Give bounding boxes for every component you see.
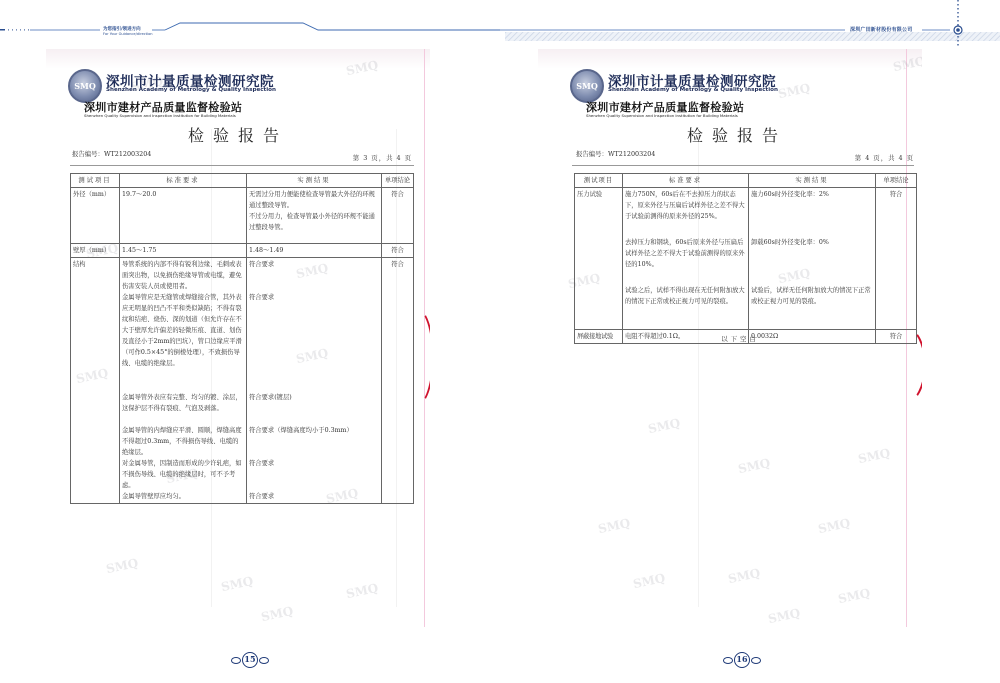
report-page-4: SMQ SMQ SMQ SMQ SMQ SMQ SMQ SMQ SMQ SMQ …	[538, 49, 922, 627]
conclusion: 符合	[382, 188, 414, 244]
smq-logo: SMQ	[68, 69, 102, 103]
requirement: 施力750N，60s后在不去掉压力的状态下，原来外径与压扁后试样外径之差不得大于…	[623, 188, 749, 330]
result-text: 符合要求(镀层)	[249, 392, 379, 425]
ornament-icon	[259, 657, 269, 664]
smq-logo: SMQ	[570, 69, 604, 103]
result: 1.48～1.49	[247, 244, 382, 258]
conclusion: 符合	[876, 188, 917, 330]
col-header-item: 测试项目	[71, 174, 120, 188]
watermark: SMQ	[345, 581, 380, 601]
result-text: 符合要求	[249, 491, 379, 502]
official-seal-partial	[398, 307, 430, 407]
requirement-text: 金属导管应是无缝管或焊缝接合管，其外表应无明显的凹凸不平和类似缺陷；不得有裂纹和…	[122, 292, 244, 392]
requirement-text: 金属导管壁厚应均匀。	[122, 491, 244, 502]
report-title: 检验报告	[552, 123, 922, 146]
header-band: 为您指引/领进方向 For Your Guidance/direction 深圳…	[0, 0, 1000, 48]
watermark: SMQ	[632, 571, 667, 591]
result-text: 符合要求	[249, 458, 379, 491]
official-seal-partial	[884, 326, 922, 404]
watermark: SMQ	[220, 574, 255, 594]
table-header-row: 测试项目 标准要求 实测结果 单项结论	[71, 174, 414, 188]
requirement-text: 金属导管的内焊缝应平滑、圆顺，焊缝高度不得超过0.3mm，不得损伤导线、电缆的绝…	[122, 425, 244, 458]
page-number: 16	[734, 652, 750, 668]
page-indicator: 第 3 页，共 4 页	[353, 153, 412, 162]
result-text: 符合要求	[249, 259, 379, 292]
result-text: 施力60s时外径变化率：2%	[751, 189, 873, 237]
result: 符合要求 符合要求 符合要求(镀层) 符合要求（焊缝高度均小于0.3mm） 符合…	[247, 258, 382, 504]
test-item: 压力试验	[575, 188, 623, 330]
watermark: SMQ	[727, 566, 762, 586]
table-header-row: 测试项目 标准要求 实测结果 单项结论	[575, 174, 917, 188]
test-item: 壁厚（mm）	[71, 244, 120, 258]
requirement-text: 试验之后，试样不得出现在无任何附加放大的情况下正常或校正视力可见的裂痕。	[625, 285, 746, 307]
station-name-en: Shenzhen Quality Supervision and Inspect…	[586, 113, 738, 118]
table-row: 结构 导管系统的内部不得有锐利边缘、毛刺或表面突出物，以免损伤绝缘导管或电缆，避…	[71, 258, 414, 504]
watermark: SMQ	[777, 81, 812, 101]
page-number-badge-15: 15	[220, 648, 280, 674]
col-header-result: 实测结果	[749, 174, 876, 188]
requirement-text: 施力750N，60s后在不去掉压力的状态下，原来外径与压扁后试样外径之差不得大于…	[625, 189, 746, 237]
header-rule	[572, 165, 914, 166]
col-header-requirement: 标准要求	[120, 174, 247, 188]
conclusion: 符合	[382, 244, 414, 258]
requirement: 19.7～20.0	[120, 188, 247, 244]
below-blank-note: 以下空白	[558, 334, 922, 343]
watermark: SMQ	[105, 556, 140, 576]
institute-name-en: Shenzhen Academy of Metrology & Quality …	[106, 87, 276, 93]
header-decoration	[0, 0, 1000, 48]
ornament-icon	[231, 657, 241, 664]
inspection-table: 测试项目 标准要求 实测结果 单项结论 压力试验 施力750N，60s后在不去掉…	[574, 173, 917, 344]
result-text: 无需过分用力便能使检查导管最大外径的环规通过整段导管。	[249, 189, 379, 211]
requirement-text: 金属导管外表应有完整、均匀的镀、涂层，这保护层不得有裂痕、气泡及剥落。	[122, 392, 244, 425]
watermark: SMQ	[597, 516, 632, 536]
table-row: 压力试验 施力750N，60s后在不去掉压力的状态下，原来外径与压扁后试样外径之…	[575, 188, 917, 330]
result: 施力60s时外径变化率：2% 卸载60s时外径变化率：0% 试验后，试样无任何附…	[749, 188, 876, 330]
col-header-conclusion: 单项结论	[876, 174, 917, 188]
page-number: 15	[242, 652, 258, 668]
institute-name-en: Shenzhen Academy of Metrology & Quality …	[608, 87, 778, 93]
requirement: 1.45～1.75	[120, 244, 247, 258]
requirement-text: 对金属导管，因制造而形成的少许轧疤，如不损伤导线、电缆的绝缘层时，可不予考虑。	[122, 458, 244, 491]
company-name: 深圳广田新材股份有限公司	[850, 26, 912, 33]
result-text: 卸载60s时外径变化率：0%	[751, 237, 873, 285]
result: 无需过分用力便能使检查导管最大外径的环规通过整段导管。 不过分用力，检查导管最小…	[247, 188, 382, 244]
header-rule	[70, 165, 414, 166]
logo-text: SMQ	[70, 81, 100, 91]
table-row: 壁厚（mm） 1.45～1.75 1.48～1.49 符合	[71, 244, 414, 258]
watermark: SMQ	[260, 604, 295, 624]
guide-slogan-en: For Your Guidance/direction	[103, 32, 153, 36]
requirement-text: 导管系统的内部不得有锐利边缘、毛刺或表面突出物，以免损伤绝缘导管或电缆，避免伤害…	[122, 259, 244, 292]
result-text: 符合要求（焊缝高度均小于0.3mm）	[249, 425, 379, 458]
watermark: SMQ	[767, 606, 802, 626]
result-text: 不过分用力，检查导管最小外径的环规不能通过整段导管。	[249, 211, 379, 233]
watermark: SMQ	[817, 516, 852, 536]
watermark: SMQ	[647, 416, 682, 436]
test-item: 结构	[71, 258, 120, 504]
col-header-requirement: 标准要求	[623, 174, 749, 188]
page-number-badge-16: 16	[712, 648, 772, 674]
result-text: 符合要求	[249, 292, 379, 392]
ornament-icon	[751, 657, 761, 664]
requirement-text: 去掉压力和钢块，60s后原来外径与压扁后试样外径之差不得大于试验前测得的原来外径…	[625, 237, 746, 285]
test-item: 外径（mm）	[71, 188, 120, 244]
col-header-result: 实测结果	[247, 174, 382, 188]
ornament-icon	[723, 657, 733, 664]
report-title: 检验报告	[46, 123, 430, 146]
col-header-item: 测试项目	[575, 174, 623, 188]
scan-shadow	[538, 49, 922, 69]
result-text: 试验后，试样无任何附加放大的情况下正常或校正视力可见的裂痕。	[751, 285, 873, 307]
logo-text: SMQ	[572, 81, 602, 91]
table-row: 外径（mm） 19.7～20.0 无需过分用力便能使检查导管最大外径的环规通过整…	[71, 188, 414, 244]
station-name-en: Shenzhen Quality Supervision and Inspect…	[84, 113, 236, 118]
watermark: SMQ	[737, 456, 772, 476]
report-number: 报告编号：WT212003204	[576, 149, 655, 158]
requirement: 导管系统的内部不得有锐利边缘、毛刺或表面突出物，以免损伤绝缘导管或电缆，避免伤害…	[120, 258, 247, 504]
inspection-table: 测试项目 标准要求 实测结果 单项结论 外径（mm） 19.7～20.0 无需过…	[70, 173, 414, 504]
watermark: SMQ	[837, 586, 872, 606]
report-page-3: SMQ SMQ SMQ SMQ SMQ SMQ SMQ SMQ SMQ SMQ …	[46, 49, 430, 627]
col-header-conclusion: 单项结论	[382, 174, 414, 188]
page-indicator: 第 4 页，共 4 页	[855, 153, 914, 162]
scan-shadow	[46, 49, 430, 69]
watermark: SMQ	[857, 446, 892, 466]
report-number: 报告编号：WT212003204	[72, 149, 151, 158]
